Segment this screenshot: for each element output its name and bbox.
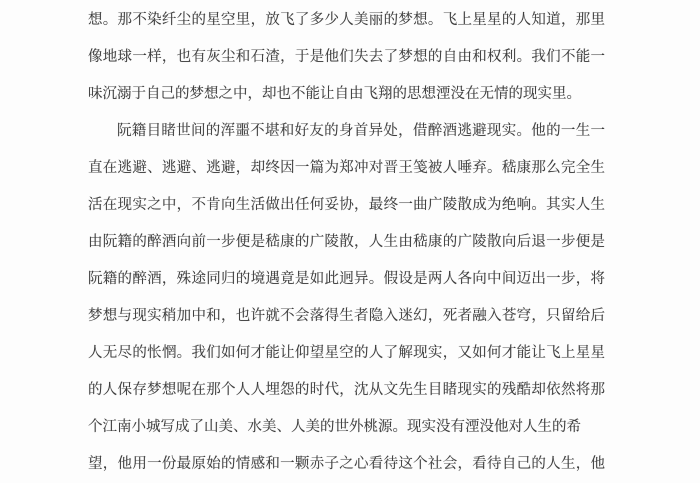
text-line: 想。那不染纤尘的星空里，放飞了多少人美丽的梦想。飞上星星的人知道，那里 bbox=[88, 2, 605, 39]
text-line-paragraph-end: 味沉溺于自己的梦想之中，却也不能让自由飞翔的思想湮没在无情的现实里。 bbox=[88, 76, 605, 113]
text-line: 的人保存梦想呢在那个人人埋怨的时代，沈从文先生目睹现实的残酷却依然将那 bbox=[88, 372, 605, 409]
text-line: 活在现实之中，不肯向生活做出任何妥协，最终一曲广陵散成为绝响。其实人生 bbox=[88, 187, 605, 224]
text-line-paragraph-start: 阮籍目睹世间的浑噩不堪和好友的身首异处，借醉酒逃避现实。他的一生一 bbox=[88, 113, 605, 150]
scanned-document-page: 想。那不染纤尘的星空里，放飞了多少人美丽的梦想。飞上星星的人知道，那里 像地球一… bbox=[0, 0, 700, 470]
text-line: 由阮籍的醉酒向前一步便是嵇康的广陵散，人生由嵇康的广陵散向后退一步便是 bbox=[88, 224, 605, 261]
text-line: 梦想与现实稍加中和，也许就不会落得生者隐入迷幻，死者融入苍穹，只留给后 bbox=[88, 298, 605, 335]
text-line: 人无尽的怅惘。我们如何才能让仰望星空的人了解现实，又如何才能让飞上星星 bbox=[88, 335, 605, 372]
essay-text-block: 想。那不染纤尘的星空里，放飞了多少人美丽的梦想。飞上星星的人知道，那里 像地球一… bbox=[88, 2, 605, 470]
text-line: 像地球一样，也有灰尘和石渣，于是他们失去了梦想的自由和权利。我们不能一 bbox=[88, 39, 605, 76]
text-line: 个江南小城写成了山美、水美、人美的世外桃源。现实没有湮没他对人生的希 bbox=[88, 409, 605, 446]
text-line-clipped-bottom: 望，他用一份最原始的情感和一颗赤子之心看待这个社会，看待自己的人生，他 bbox=[88, 446, 605, 470]
text-line: 直在逃避、逃避、逃避，却终因一篇为郑冲对晋王笺被人唾弃。嵇康那么完全生 bbox=[88, 150, 605, 187]
text-line: 阮籍的醉酒，殊途同归的境遇竟是如此迥异。假设是两人各向中间迈出一步，将 bbox=[88, 261, 605, 298]
